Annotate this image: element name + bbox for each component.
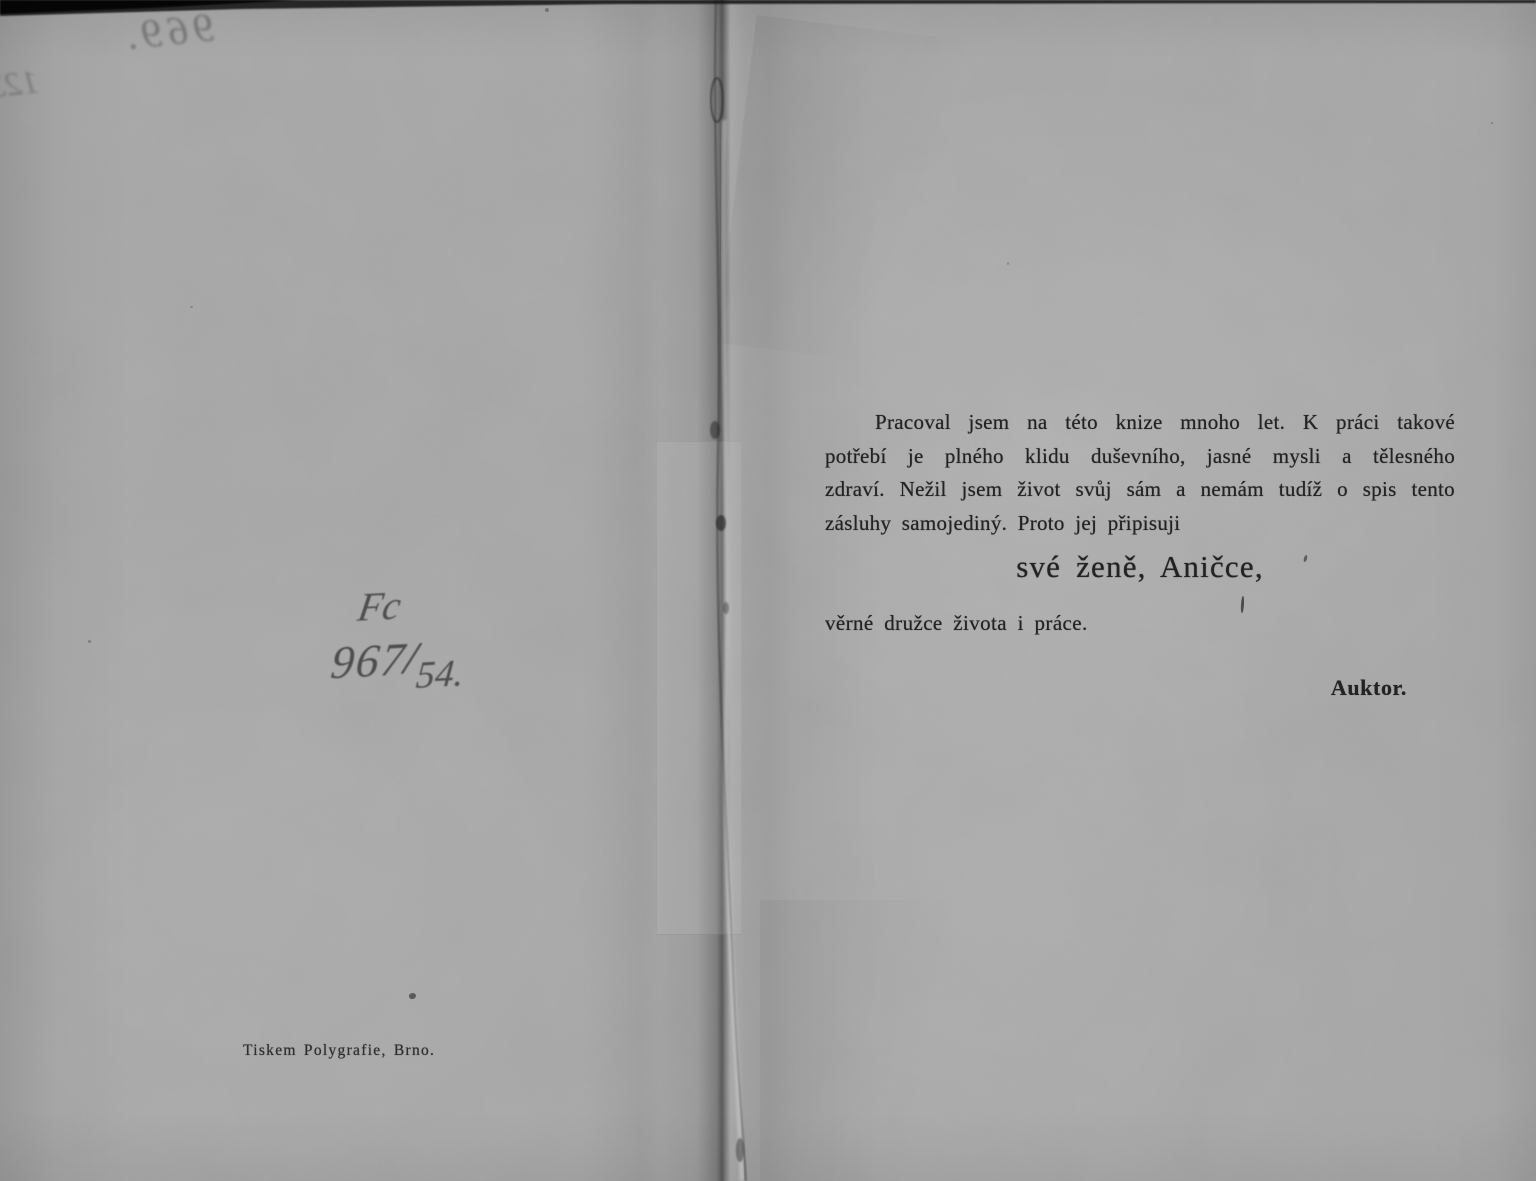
call-number-prefix: Fc (355, 581, 491, 628)
ghost-ink-mark: 969. (118, 3, 216, 60)
author-signature: Auktor. (825, 675, 1455, 701)
paragraph-line: zásluhy samojediný. Proto jej připisuji (825, 507, 1455, 541)
ink-speck (545, 8, 549, 12)
call-number-numerator: 967 (328, 632, 409, 689)
paragraph-line: Pracoval jsem na této knize mnoho let. K… (825, 406, 1455, 440)
dedication-paragraph: Pracoval jsem na této knize mnoho let. K… (825, 406, 1455, 540)
ink-speck (1491, 122, 1493, 124)
ghost-ink-mark: 123 (0, 63, 41, 106)
ink-speck (190, 306, 193, 308)
paragraph-line: potřebí je plného klidu duševního, jasné… (825, 440, 1455, 474)
paragraph-line: zdraví. Nežil jsem život svůj sám a nemá… (825, 473, 1455, 507)
call-number-denominator: 54. (415, 651, 466, 698)
tape-strip (656, 441, 741, 935)
book-scan-spread: 969. 123 Fc 967/54. Tiskem Polygrafie, B… (0, 0, 1536, 1181)
dedication-continuation: věrné družce života i práce. (825, 611, 1455, 636)
dedication-recipient: své ženě, Aničce, (825, 549, 1455, 585)
ink-speck (1007, 262, 1009, 265)
library-call-number: Fc 967/54. (327, 581, 492, 690)
wrinkle-shading-bottom (760, 900, 1120, 1181)
ink-speck (408, 992, 417, 1000)
wrinkle-shading-top (716, 15, 1183, 395)
call-number-fraction: 967/54. (330, 627, 493, 690)
printer-imprint: Tiskem Polygrafie, Brno. (243, 1042, 435, 1060)
ink-speck (88, 640, 91, 643)
